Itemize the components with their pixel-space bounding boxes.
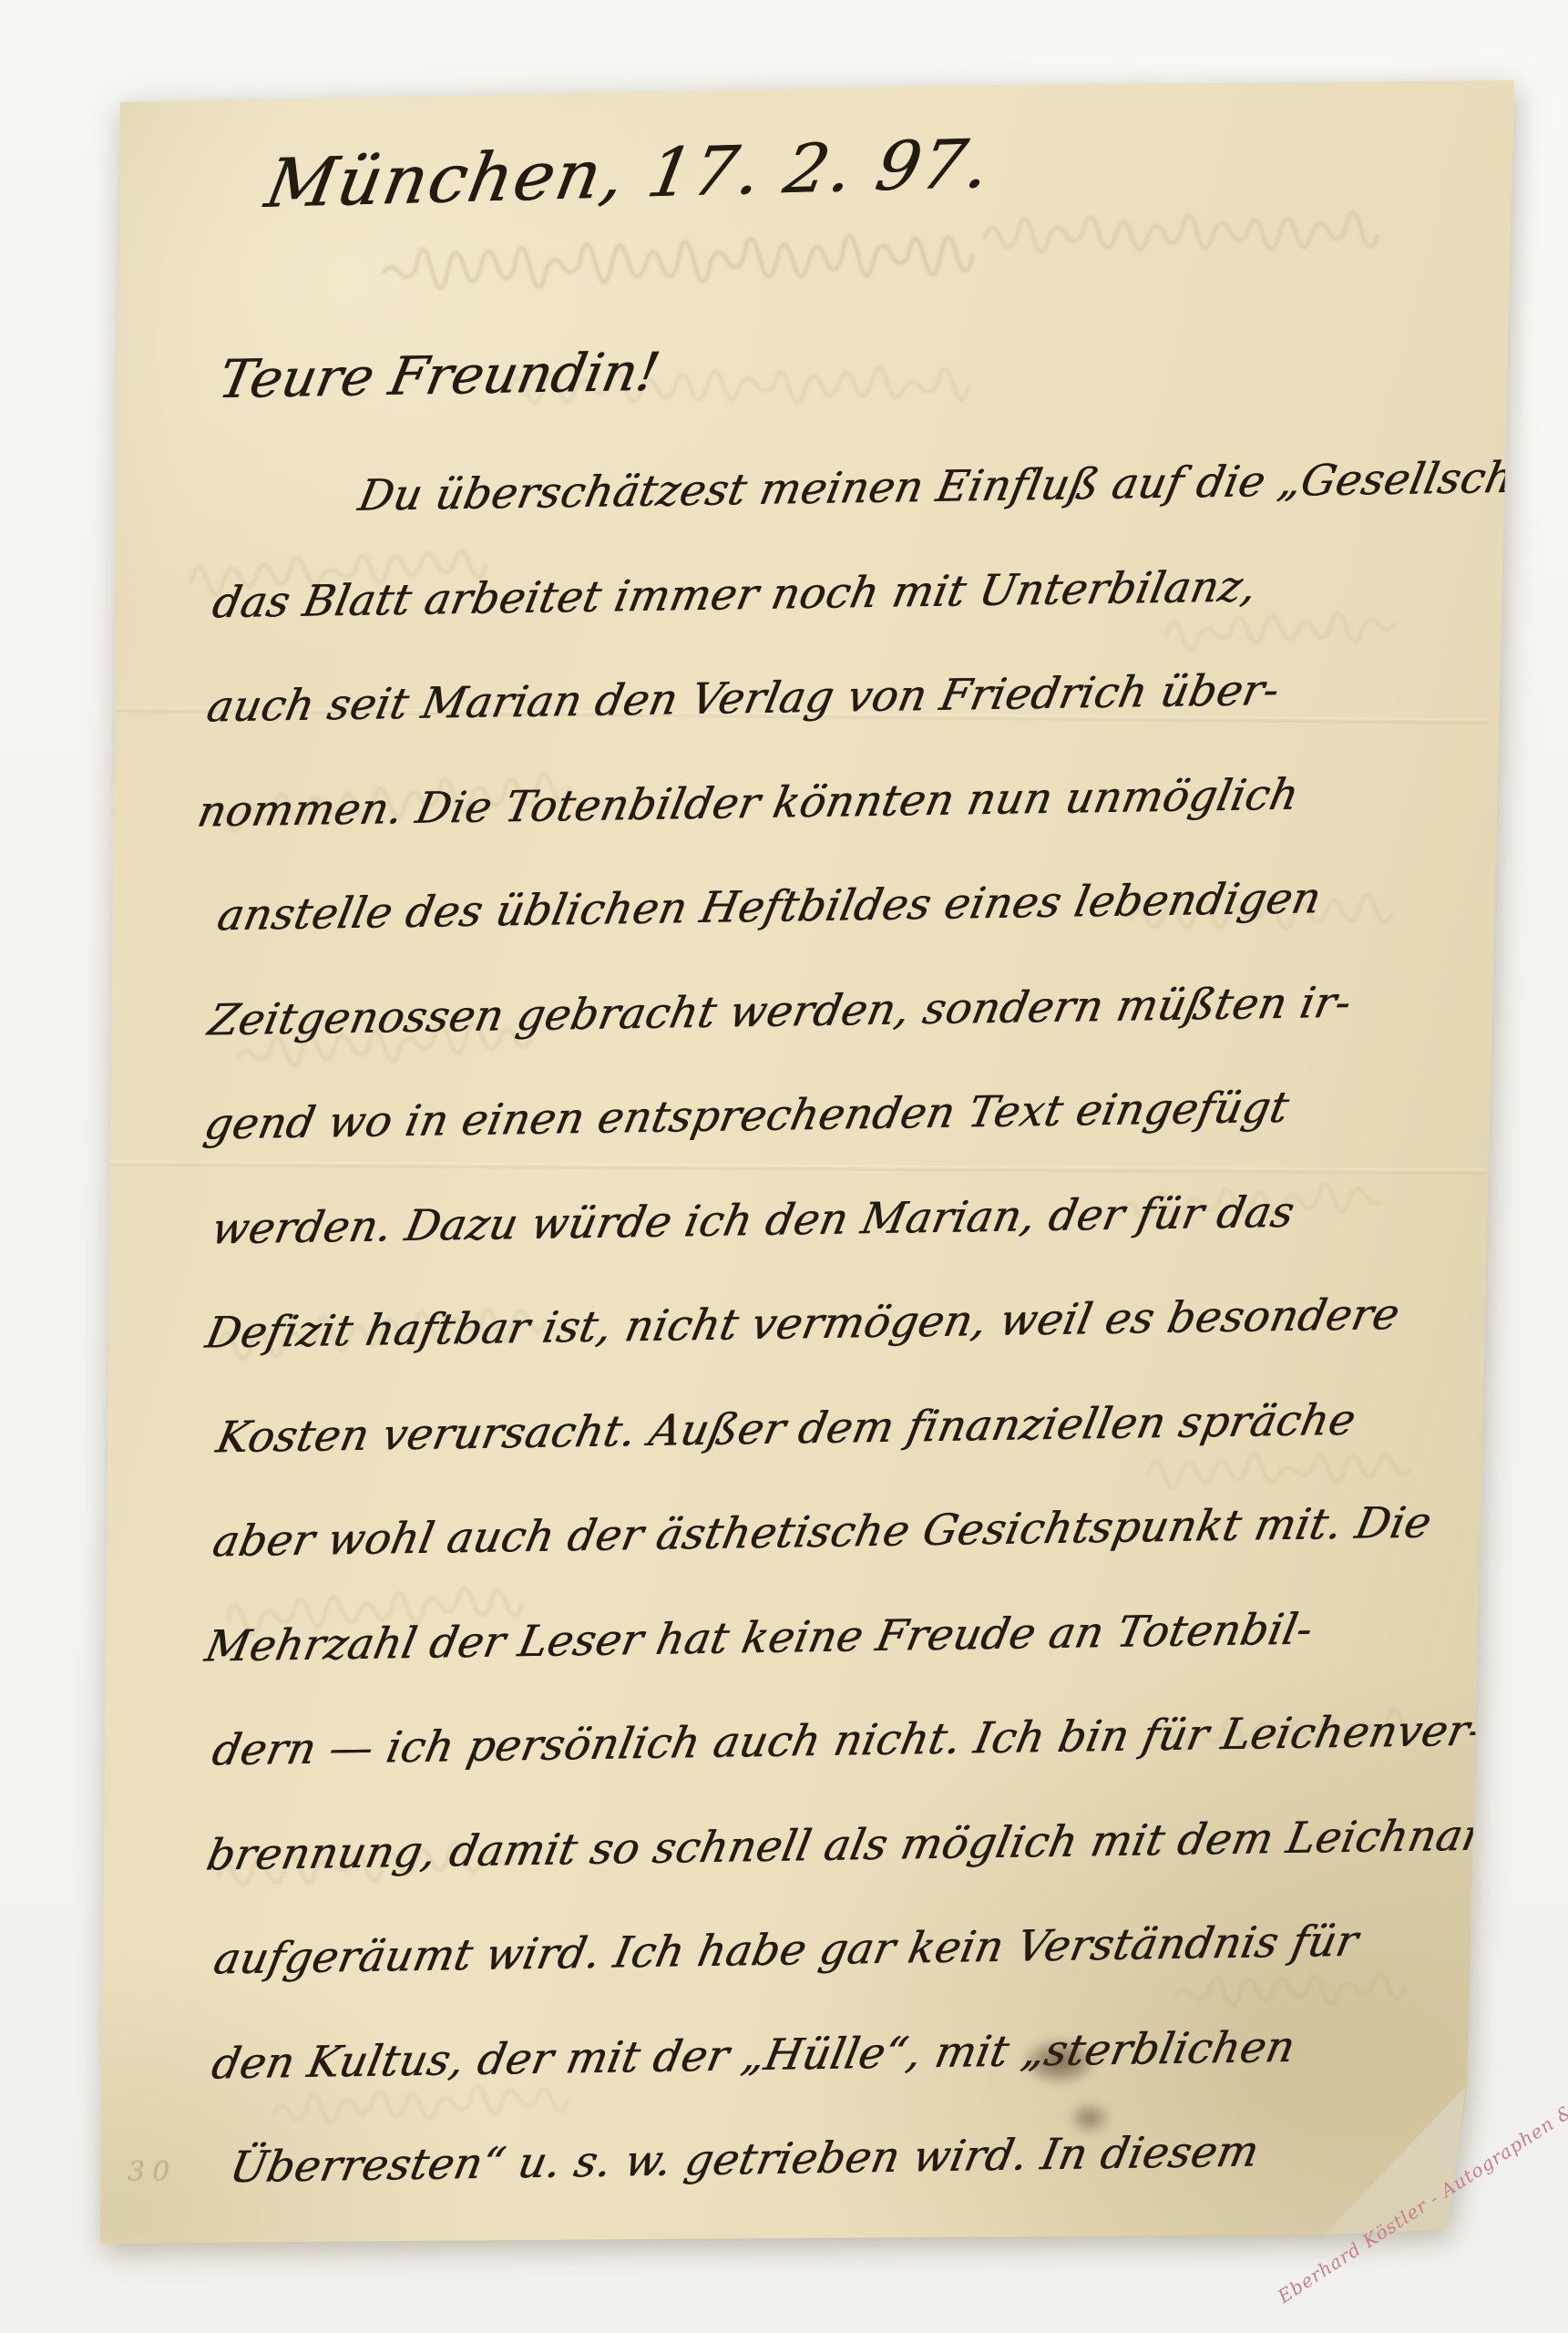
manuscript-line: nommen. Die Totenbilder könnten nun unmö… — [193, 769, 1303, 837]
letter-body: Du überschätzest meinen Einfluß auf die … — [0, 0, 1568, 2333]
manuscript-line: Mehrzahl der Leser hat keine Freude an T… — [201, 1604, 1317, 1671]
ink-smudge — [1019, 2034, 1137, 2153]
manuscript-line: Du überschätzest meinen Einfluß auf die … — [354, 451, 1568, 521]
pencil-mark: 30 — [128, 2156, 177, 2188]
manuscript-line: auch seit Marian den Verlag von Friedric… — [202, 665, 1283, 733]
manuscript-line: das Blatt arbeitet immer noch mit Unterb… — [209, 561, 1261, 628]
manuscript-line: aufgeräumt wird. Ich habe gar kein Verst… — [210, 1917, 1362, 1985]
manuscript-line: anstelle des üblichen Heftbildes eines l… — [213, 873, 1326, 940]
letter-paper-wrap: München, 17. 2. 97. Teure Freundin! Du ü… — [0, 0, 1568, 2333]
letter-paper: München, 17. 2. 97. Teure Freundin! Du ü… — [0, 0, 1568, 2333]
manuscript-line: werden. Dazu würde ich den Marian, der f… — [207, 1187, 1298, 1254]
manuscript-line: Defizit haftbar ist, nicht vermögen, wei… — [201, 1290, 1403, 1359]
manuscript-line: Kosten verursacht. Außer dem finanzielle… — [212, 1394, 1359, 1463]
manuscript-line: brennung, damit so schnell als möglich m… — [202, 1810, 1508, 1881]
manuscript-line: aber wohl auch der ästhetische Gesichtsp… — [209, 1497, 1436, 1567]
manuscript-line: Zeitgenossen gebracht werden, sondern mü… — [204, 977, 1356, 1045]
scan-backdrop: München, 17. 2. 97. Teure Freundin! Du ü… — [0, 0, 1568, 2333]
manuscript-line: dern — ich persönlich auch nicht. Ich bi… — [208, 1705, 1488, 1775]
manuscript-line: gend wo in einen entsprechenden Text ein… — [200, 1083, 1293, 1150]
